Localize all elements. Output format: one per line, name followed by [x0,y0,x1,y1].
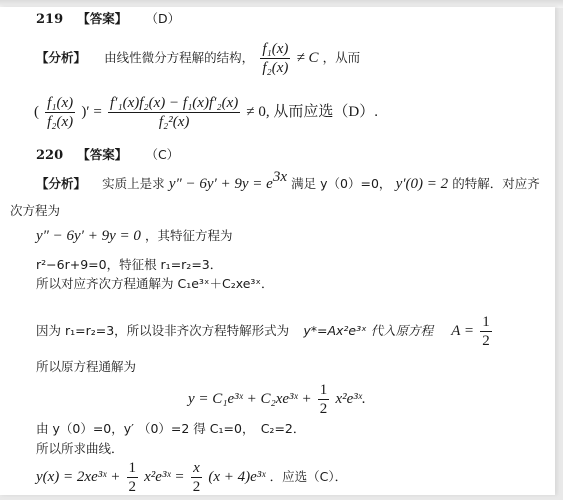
analysis-219: 【分析】 由线性微分方程解的结构， f₁(x) f₂(x) ≠ C ，从而 [36,40,360,77]
initial-condition: y′(0) = 2 [396,176,449,192]
document-page: 219 【答案】 （D） 【分析】 由线性微分方程解的结构， f₁(x) f₂(… [0,7,555,495]
conclusion: ≠ 0, 从而应选（D）. [246,104,378,120]
numerator: x [191,459,203,478]
homogeneous-equation: y″ − 6y′ + 9y = 0 ，其特征方程为 [36,228,233,245]
question-219-header: 219 【答案】 （D） [36,11,180,28]
equation: y″ − 6y′ + 9y = e [169,176,273,192]
equation-part: (x + 4)e³ˣ [208,469,265,485]
fraction-rhs: f′₁(x)f₂(x) − f₁(x)f′₂(x) f₂²(x) [108,94,240,131]
homogeneous-solution: 所以对应齐次方程通解为 C₁e³ˣ＋C₂xe³ˣ． [36,276,273,292]
equation-part: x²e³ˣ = [144,469,184,485]
answer-label: 【答案】 [77,11,127,26]
denominator: f₂(x) [260,59,290,77]
denominator: 2 [318,400,330,418]
denominator: 2 [480,332,492,350]
fraction-x-half: x 2 [191,459,203,496]
denominator: 2 [191,478,203,496]
numerator: 1 [127,459,139,478]
analysis-tail: ，从而 [323,50,361,65]
fraction-lhs: f₁(x) f₂(x) [45,94,75,131]
question-number: 219 [36,12,63,27]
final-answer-text: ．应选（C）． [270,469,347,484]
question-220-header: 220 【答案】 （C） [36,147,179,164]
final-solution: y(x) = 2xe³ˣ + 1 2 x²e³ˣ = x 2 (x + 4)e³… [36,459,347,496]
numerator: 1 [318,381,330,400]
denominator: 2 [127,478,139,496]
numerator: f₁(x) [260,40,290,59]
equation: y″ − 6y′ + 9y = 0 [36,228,141,244]
characteristic-equation: r²−6r+9=0，特征根 r₁=r₂=3． [36,257,222,273]
a-equals: A = [451,323,474,339]
constants-line: 由 y（0）=0，y′ （0）=2 得 C₁=0， C₂=2． [36,421,305,437]
particular-form: y*=Ax²e³ˣ 代入原方程 [303,323,433,338]
analysis-text: 由线性微分方程解的结构， [104,50,254,65]
answer-label: 【答案】 [77,147,127,162]
text: 实质上是求 [102,176,165,191]
denominator: f₂²(x) [108,113,240,131]
analysis-220-line2: 次方程为 [10,203,60,219]
general-solution: y = C₁e³ˣ + C₂xe³ˣ + 1 2 x²e³ˣ. [188,381,366,418]
neq-c: ≠ C [296,50,318,66]
analysis-220-line1: 【分析】 实质上是求 y″ − 6y′ + 9y = e3x 满足 y（0）=0… [36,176,540,193]
fraction-one-half: 1 2 [127,459,139,496]
answer-value: （D） [145,11,180,26]
derivative-formula: ( f₁(x) f₂(x) )′ = f′₁(x)f₂(x) − f₁(x)f′… [34,94,378,131]
text: ，其特征方程为 [145,228,233,243]
equation-part: x²e³ˣ. [335,391,365,407]
text: 因为 r₁=r₂=3，所以设非齐次方程特解形式为 [36,323,289,338]
fraction-one-half: 1 2 [480,313,492,350]
general-solution-intro: 所以原方程通解为 [36,359,136,375]
denominator: f₂(x) [45,113,75,131]
prime-equals: )′ = [81,104,102,120]
text: 满足 y（0）=0， [291,176,391,191]
numerator: f₁(x) [45,94,75,113]
exponent: 3x [273,169,287,185]
particular-solution-line: 因为 r₁=r₂=3，所以设非齐次方程特解形式为 y*=Ax²e³ˣ 代入原方程… [36,313,494,350]
numerator: 1 [480,313,492,332]
analysis-label: 【分析】 [36,176,86,191]
fraction-f1-f2: f₁(x) f₂(x) [260,40,290,77]
text: 的特解．对应齐 [452,176,540,191]
curve-line: 所以所求曲线． [36,441,124,457]
analysis-label: 【分析】 [36,50,86,65]
answer-value: （C） [145,147,179,162]
fraction-one-half: 1 2 [318,381,330,418]
equation-part: y = C₁e³ˣ + C₂xe³ˣ + [188,391,312,407]
question-number: 220 [36,148,63,163]
numerator: f′₁(x)f₂(x) − f₁(x)f′₂(x) [108,94,240,113]
equation-part: y(x) = 2xe³ˣ + [36,469,120,485]
